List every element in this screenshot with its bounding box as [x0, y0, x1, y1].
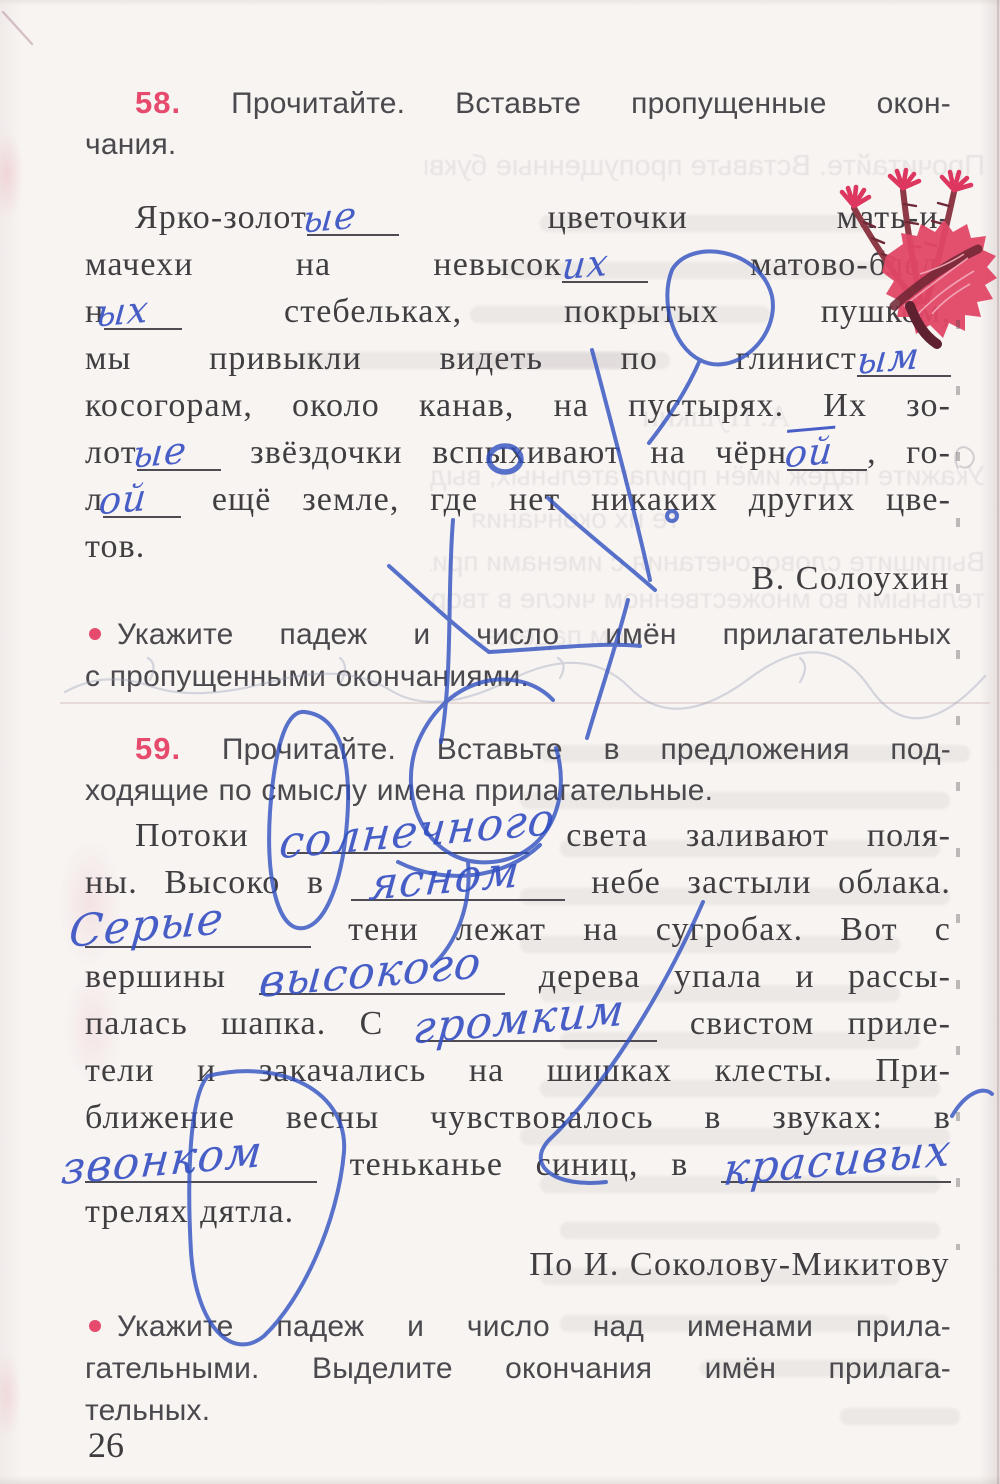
handwritten-answer: их [560, 244, 610, 286]
text-line: мачехи на невысоких матово-блед- [85, 241, 951, 288]
text-line: тели и закачались на шишках клесты. При- [85, 1047, 951, 1094]
exercise-58-heading: 58. Прочитайте. Вставьте пропущенные око… [85, 82, 951, 166]
text-line: ных стебельках, покрытых пушком, [85, 288, 951, 335]
exercise-number: 58. [135, 85, 181, 120]
answer-blank[interactable]: Серые [85, 916, 311, 948]
task-bullet-icon [89, 1320, 101, 1332]
handwritten-answer: ой [784, 432, 835, 474]
ink-smudge [0, 130, 24, 220]
exercise-59-task: Укажите падеж и число над именами прила-… [85, 1306, 951, 1432]
handwritten-answer: ых [95, 290, 151, 332]
answer-blank[interactable]: звонком [85, 1151, 317, 1183]
exercise-number: 59. [135, 731, 181, 766]
answer-blank[interactable]: ые [137, 439, 221, 471]
answer-blank[interactable]: ой [103, 486, 181, 518]
handwritten-answer: ым [855, 337, 921, 380]
handwritten-answer: ые [301, 196, 358, 238]
text-line: Укажите падеж и число над именами прила- [85, 1306, 951, 1348]
answer-blank[interactable]: их [562, 251, 648, 283]
exercise-59-attribution: По И. Соколову-Микитову [529, 1246, 950, 1284]
answer-blank[interactable]: ясном [351, 869, 565, 901]
text-line: с пропущенными окончаниями. [85, 656, 951, 698]
exercise-59-text: Потоки солнечного света заливают поля-ны… [85, 812, 951, 1235]
answer-blank[interactable]: красивых [721, 1151, 951, 1183]
text-line: 59. Прочитайте. Вставьте в предложения п… [85, 728, 951, 770]
text-line: Серые тени лежат на сугробах. Вот с [85, 906, 951, 953]
page-edge [997, 0, 999, 1484]
text-line: палась шапка. С громким свистом приле- [85, 1000, 951, 1047]
text-line: трелях дятла. [85, 1188, 951, 1235]
handwritten-answer: ой [98, 479, 149, 521]
exercise-58-attribution: В. Солоухин [752, 560, 950, 598]
handwritten-answer: Серые [67, 897, 226, 955]
answer-blank[interactable]: ых [104, 298, 182, 330]
exercise-58-task: Укажите падеж и число имён прилагательны… [85, 614, 951, 698]
text-line: лой ещё земле, где нет никаких других цв… [85, 476, 951, 523]
text-line: Укажите падеж и число имён прилагательны… [85, 614, 951, 656]
answer-blank[interactable]: громким [417, 1010, 657, 1042]
exercise-58-text: Ярко-золотые цветочки мать-и-мачехи на н… [85, 194, 951, 570]
text-line: лотые звёздочки вспыхивают на чёрной, го… [85, 429, 951, 476]
workbook-page: { "page": { "number": "26", "background"… [0, 0, 1000, 1484]
text-line: Ярко-золотые цветочки мать-и- [85, 194, 951, 241]
answer-blank[interactable]: высокого [259, 963, 505, 995]
answer-blank[interactable]: ые [307, 204, 399, 236]
text-line: 58. Прочитайте. Вставьте пропущенные око… [85, 82, 951, 124]
faint-rule-line [60, 702, 990, 704]
page-edge-ticks [956, 320, 960, 1250]
answer-blank[interactable]: ым [857, 345, 951, 377]
answer-blank[interactable]: ой [787, 439, 867, 471]
task-bullet-icon [89, 628, 101, 640]
text-line: косогорам, около канав, на пустырях. Их … [85, 382, 951, 429]
handwritten-answer: ые [131, 431, 188, 473]
text-line: чания. [85, 124, 951, 166]
page-number: 26 [88, 1424, 124, 1466]
text-line: гательными. Выделите окончания имён прил… [85, 1348, 951, 1390]
text-line: звонком теньканье синиц, в красивых [85, 1141, 951, 1188]
text-line: тельных. [85, 1390, 951, 1432]
handwritten-answer: ясном [367, 850, 522, 908]
text-line: мы привыкли видеть по глинистым [85, 335, 951, 382]
ink-smudge [0, 1350, 22, 1440]
